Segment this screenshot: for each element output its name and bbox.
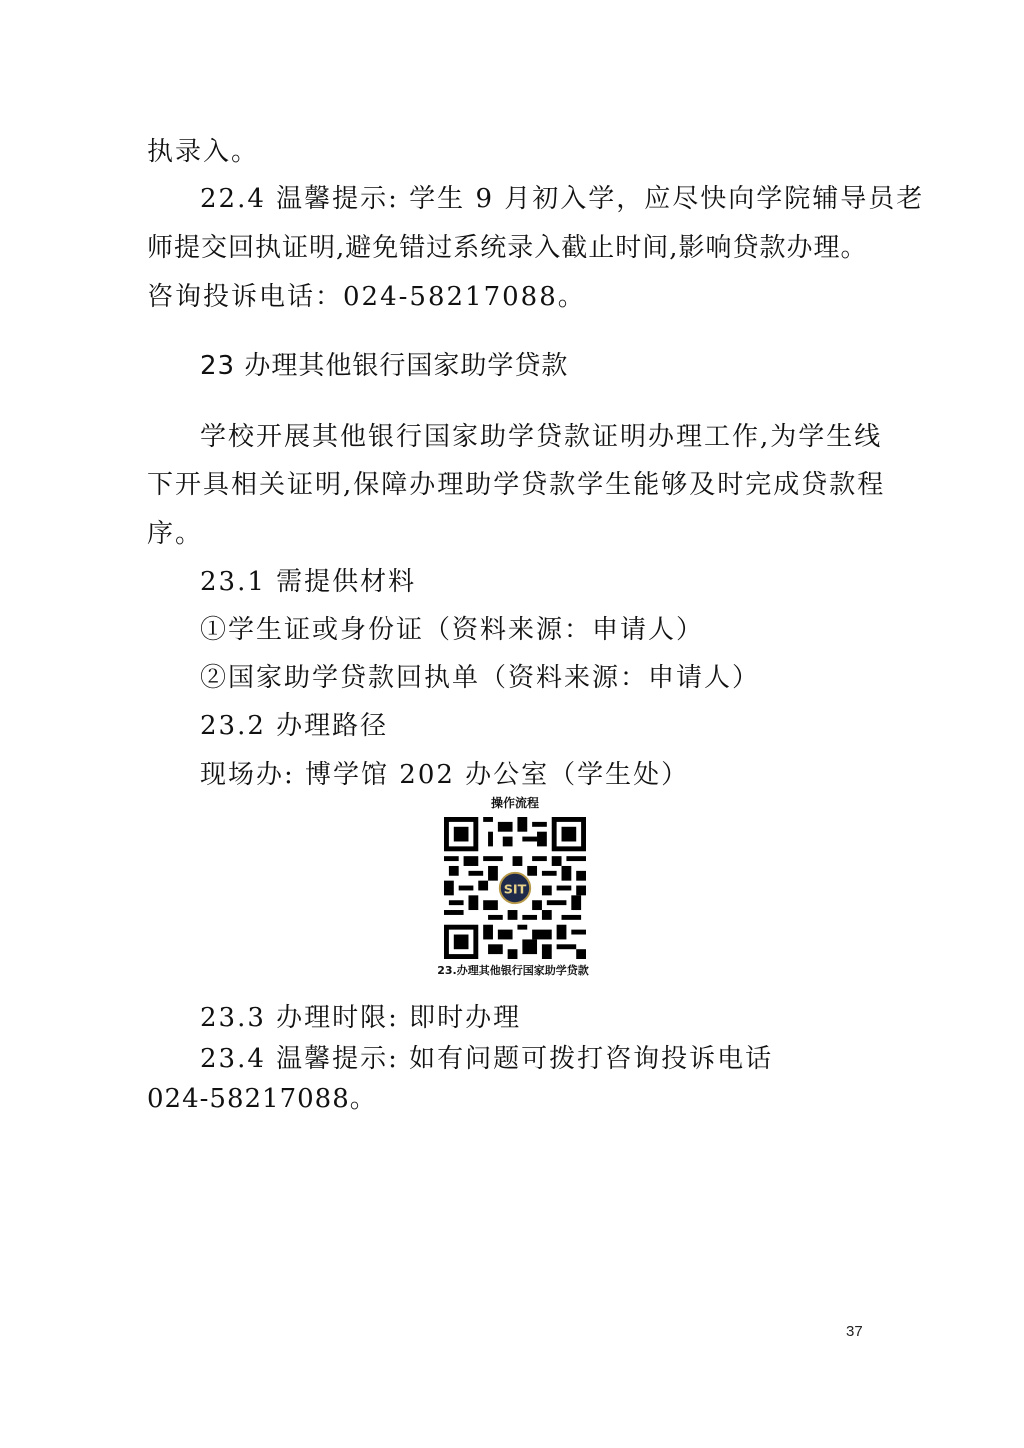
- qr-caption-top: 操作流程: [425, 795, 605, 811]
- intro-line: 学校开展其他银行国家助学贷款证明办理工作,为学生线: [200, 421, 882, 453]
- tip-22-4: 22.4 温馨提示: 学生 9 月初入学，应尽快向学院辅导员老: [200, 183, 924, 215]
- qr-code-block: 操作流程: [425, 795, 605, 979]
- complaint-phone: 咨询投诉电话：024-58217088。: [147, 281, 586, 313]
- section-heading: 23 办理其他银行国家助学贷款: [200, 350, 568, 382]
- qr-code-icon[interactable]: SIT: [444, 817, 586, 959]
- page-number: 37: [846, 1323, 863, 1340]
- tip-23-4: 23.4 温馨提示: 如有问题可拨打咨询投诉电话: [200, 1043, 773, 1075]
- school-logo-icon: SIT: [504, 882, 527, 897]
- path-title: 23.2 办理路径: [200, 710, 388, 742]
- materials-title: 23.1 需提供材料: [200, 566, 416, 598]
- intro-line: 序。: [147, 518, 203, 550]
- material-item: ②国家助学贷款回执单（资料来源：申请人）: [200, 662, 760, 694]
- tip-phone: 024-58217088。: [147, 1083, 377, 1115]
- path-onsite: 现场办: 博学馆 202 办公室（学生处）: [200, 759, 689, 791]
- intro-line: 下开具相关证明,保障办理助学贷款学生能够及时完成贷款程: [147, 469, 885, 501]
- material-item: ①学生证或身份证（资料来源：申请人）: [200, 614, 704, 646]
- text-line: 师提交回执证明,避免错过系统录入截止时间,影响贷款办理。: [147, 232, 868, 264]
- qr-caption-bottom: 23.办理其他银行国家助学贷款: [421, 963, 605, 979]
- time-limit: 23.3 办理时限: 即时办理: [200, 1002, 521, 1034]
- text-line: 执录入。: [147, 136, 259, 168]
